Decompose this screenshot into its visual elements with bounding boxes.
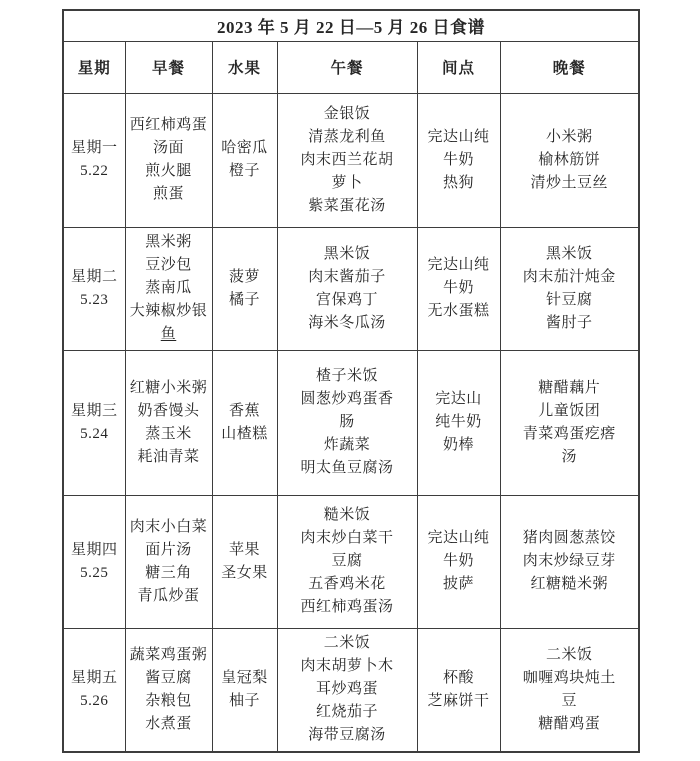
menu-line: 西红柿鸡蛋 xyxy=(127,114,211,137)
menu-line: 无水蛋糕 xyxy=(419,300,499,323)
menu-line: 完达山 xyxy=(419,388,499,411)
cell-snack: 完达山纯牛奶热狗 xyxy=(417,93,500,227)
cell-breakfast: 肉末小白菜面片汤糖三角青瓜炒蛋 xyxy=(125,495,212,628)
menu-line: 豆 xyxy=(502,690,638,713)
menu-line: 肉末炒绿豆芽 xyxy=(502,550,638,573)
menu-line: 柚子 xyxy=(214,690,276,713)
menu-line: 明太鱼豆腐汤 xyxy=(279,457,416,480)
cell-snack: 完达山纯牛奶奶棒 xyxy=(417,350,500,495)
menu-line: 热狗 xyxy=(419,172,499,195)
menu-line: 黑米粥 xyxy=(127,231,211,254)
menu-line: 大辣椒炒银 xyxy=(127,300,211,323)
menu-line: 5.25 xyxy=(65,562,124,585)
menu-line: 山楂糕 xyxy=(214,423,276,446)
cell-lunch: 楂子米饭圆葱炒鸡蛋香肠炸蔬菜明太鱼豆腐汤 xyxy=(277,350,417,495)
menu-line: 牛奶 xyxy=(419,277,499,300)
cell-day: 星期四5.25 xyxy=(63,495,125,628)
menu-line: 金银饭 xyxy=(279,103,416,126)
menu-line: 清蒸龙利鱼 xyxy=(279,126,416,149)
menu-line: 橘子 xyxy=(214,289,276,312)
menu-line: 肉末茄汁炖金 xyxy=(502,266,638,289)
column-header-snack: 间点 xyxy=(417,41,500,93)
menu-line: 海带豆腐汤 xyxy=(279,724,416,747)
menu-line: 青菜鸡蛋疙瘩 xyxy=(502,423,638,446)
menu-line: 5.26 xyxy=(65,690,124,713)
cell-fruit: 苹果圣女果 xyxy=(212,495,277,628)
cell-breakfast: 蔬菜鸡蛋粥酱豆腐杂粮包水煮蛋 xyxy=(125,628,212,752)
menu-line: 豆腐 xyxy=(279,550,416,573)
menu-line: 海米冬瓜汤 xyxy=(279,312,416,335)
menu-line: 红糖糙米粥 xyxy=(502,573,638,596)
menu-line: 糖醋藕片 xyxy=(502,377,638,400)
menu-line: 纯牛奶 xyxy=(419,411,499,434)
menu-line: 榆林筋饼 xyxy=(502,149,638,172)
menu-line: 菠萝 xyxy=(214,266,276,289)
column-header-lunch: 午餐 xyxy=(277,41,417,93)
menu-line: 紫菜蛋花汤 xyxy=(279,195,416,218)
menu-line: 皇冠梨 xyxy=(214,667,276,690)
menu-line: 面片汤 xyxy=(127,539,211,562)
menu-line: 星期四 xyxy=(65,539,124,562)
menu-line: 圆葱炒鸡蛋香 xyxy=(279,388,416,411)
menu-line: 黑米饭 xyxy=(279,243,416,266)
menu-line: 圣女果 xyxy=(214,562,276,585)
page-title: 2023 年 5 月 22 日—5 月 26 日食谱 xyxy=(63,10,639,41)
menu-page: 2023 年 5 月 22 日—5 月 26 日食谱 星期 早餐 水果 午餐 间… xyxy=(0,0,700,761)
cell-dinner: 黑米饭肉末茄汁炖金针豆腐酱肘子 xyxy=(500,227,639,350)
menu-line: 二米饭 xyxy=(502,644,638,667)
menu-line: 水煮蛋 xyxy=(127,713,211,736)
cell-snack: 完达山纯牛奶无水蛋糕 xyxy=(417,227,500,350)
menu-line: 五香鸡米花 xyxy=(279,573,416,596)
cell-breakfast: 红糖小米粥奶香馒头蒸玉米耗油青菜 xyxy=(125,350,212,495)
menu-line: 耗油青菜 xyxy=(127,446,211,469)
menu-line: 咖喱鸡块炖土 xyxy=(502,667,638,690)
menu-line: 糙米饭 xyxy=(279,504,416,527)
menu-line: 青瓜炒蛋 xyxy=(127,585,211,608)
menu-line: 汤面 xyxy=(127,137,211,160)
menu-line: 肉末胡萝卜木 xyxy=(279,655,416,678)
menu-table: 2023 年 5 月 22 日—5 月 26 日食谱 星期 早餐 水果 午餐 间… xyxy=(62,9,640,753)
menu-line: 杯酸 xyxy=(419,667,499,690)
menu-line: 牛奶 xyxy=(419,149,499,172)
menu-line: 橙子 xyxy=(214,160,276,183)
menu-line: 肉末小白菜 xyxy=(127,516,211,539)
menu-line: 蒸南瓜 xyxy=(127,277,211,300)
cell-day: 星期一5.22 xyxy=(63,93,125,227)
menu-line: 二米饭 xyxy=(279,632,416,655)
menu-line: 肉末西兰花胡 xyxy=(279,149,416,172)
menu-line: 蒸玉米 xyxy=(127,423,211,446)
menu-line: 针豆腐 xyxy=(502,289,638,312)
menu-row-4: 星期四5.25肉末小白菜面片汤糖三角青瓜炒蛋苹果圣女果糙米饭肉末炒白菜干豆腐五香… xyxy=(63,495,639,628)
menu-line: 芝麻饼干 xyxy=(419,690,499,713)
menu-row-5: 星期五5.26蔬菜鸡蛋粥酱豆腐杂粮包水煮蛋皇冠梨柚子二米饭肉末胡萝卜木耳炒鸡蛋红… xyxy=(63,628,639,752)
menu-line: 西红柿鸡蛋汤 xyxy=(279,596,416,619)
menu-row-2: 星期二5.23黑米粥豆沙包蒸南瓜大辣椒炒银鱼菠萝橘子黑米饭肉末酱茄子宫保鸡丁海米… xyxy=(63,227,639,350)
menu-line: 牛奶 xyxy=(419,550,499,573)
cell-snack: 杯酸芝麻饼干 xyxy=(417,628,500,752)
menu-line: 披萨 xyxy=(419,573,499,596)
menu-line: 清炒土豆丝 xyxy=(502,172,638,195)
menu-line: 红糖小米粥 xyxy=(127,377,211,400)
menu-line: 儿童饭团 xyxy=(502,400,638,423)
menu-line: 星期五 xyxy=(65,667,124,690)
column-header-breakfast: 早餐 xyxy=(125,41,212,93)
cell-fruit: 皇冠梨柚子 xyxy=(212,628,277,752)
menu-line: 星期二 xyxy=(65,266,124,289)
cell-breakfast: 黑米粥豆沙包蒸南瓜大辣椒炒银鱼 xyxy=(125,227,212,350)
menu-line: 煎火腿 xyxy=(127,160,211,183)
menu-line: 奶香馒头 xyxy=(127,400,211,423)
cell-day: 星期五5.26 xyxy=(63,628,125,752)
cell-lunch: 二米饭肉末胡萝卜木耳炒鸡蛋红烧茄子海带豆腐汤 xyxy=(277,628,417,752)
menu-line: 煎蛋 xyxy=(127,183,211,206)
menu-line: 完达山纯 xyxy=(419,254,499,277)
menu-line: 红烧茄子 xyxy=(279,701,416,724)
menu-line: 炸蔬菜 xyxy=(279,434,416,457)
menu-line: 杂粮包 xyxy=(127,690,211,713)
header-row: 星期 早餐 水果 午餐 间点 晚餐 xyxy=(63,41,639,93)
menu-line: 哈密瓜 xyxy=(214,137,276,160)
menu-line: 香蕉 xyxy=(214,400,276,423)
menu-line: 糖醋鸡蛋 xyxy=(502,713,638,736)
menu-line: 酱肘子 xyxy=(502,312,638,335)
column-header-fruit: 水果 xyxy=(212,41,277,93)
menu-line: 酱豆腐 xyxy=(127,667,211,690)
menu-line: 宫保鸡丁 xyxy=(279,289,416,312)
menu-line: 糖三角 xyxy=(127,562,211,585)
menu-line: 汤 xyxy=(502,446,638,469)
column-header-day: 星期 xyxy=(63,41,125,93)
cell-day: 星期二5.23 xyxy=(63,227,125,350)
menu-line: 小米粥 xyxy=(502,126,638,149)
column-header-dinner: 晚餐 xyxy=(500,41,639,93)
menu-line: 5.24 xyxy=(65,423,124,446)
menu-line: 肉末炒白菜干 xyxy=(279,527,416,550)
cell-snack: 完达山纯牛奶披萨 xyxy=(417,495,500,628)
cell-fruit: 菠萝橘子 xyxy=(212,227,277,350)
menu-line: 豆沙包 xyxy=(127,254,211,277)
menu-line: 完达山纯 xyxy=(419,126,499,149)
menu-line: 星期一 xyxy=(65,137,124,160)
cell-dinner: 小米粥榆林筋饼清炒土豆丝 xyxy=(500,93,639,227)
menu-line: 5.23 xyxy=(65,289,124,312)
cell-dinner: 糖醋藕片儿童饭团青菜鸡蛋疙瘩汤 xyxy=(500,350,639,495)
cell-dinner: 二米饭咖喱鸡块炖土豆糖醋鸡蛋 xyxy=(500,628,639,752)
cell-day: 星期三5.24 xyxy=(63,350,125,495)
menu-line: 肠 xyxy=(279,411,416,434)
cell-breakfast: 西红柿鸡蛋汤面煎火腿煎蛋 xyxy=(125,93,212,227)
cell-lunch: 黑米饭肉末酱茄子宫保鸡丁海米冬瓜汤 xyxy=(277,227,417,350)
menu-row-1: 星期一5.22西红柿鸡蛋汤面煎火腿煎蛋哈密瓜橙子金银饭清蒸龙利鱼肉末西兰花胡萝卜… xyxy=(63,93,639,227)
cell-dinner: 猪肉圆葱蒸饺肉末炒绿豆芽红糖糙米粥 xyxy=(500,495,639,628)
cell-fruit: 香蕉山楂糕 xyxy=(212,350,277,495)
cell-fruit: 哈密瓜橙子 xyxy=(212,93,277,227)
menu-line: 耳炒鸡蛋 xyxy=(279,678,416,701)
menu-row-3: 星期三5.24红糖小米粥奶香馒头蒸玉米耗油青菜香蕉山楂糕楂子米饭圆葱炒鸡蛋香肠炸… xyxy=(63,350,639,495)
menu-line: 苹果 xyxy=(214,539,276,562)
title-row: 2023 年 5 月 22 日—5 月 26 日食谱 xyxy=(63,10,639,41)
menu-line: 完达山纯 xyxy=(419,527,499,550)
menu-line: 5.22 xyxy=(65,160,124,183)
menu-line: 猪肉圆葱蒸饺 xyxy=(502,527,638,550)
menu-line: 蔬菜鸡蛋粥 xyxy=(127,644,211,667)
menu-line: 肉末酱茄子 xyxy=(279,266,416,289)
menu-line: 萝卜 xyxy=(279,172,416,195)
menu-line: 星期三 xyxy=(65,400,124,423)
menu-line: 鱼 xyxy=(127,323,211,346)
menu-line: 楂子米饭 xyxy=(279,365,416,388)
menu-line: 奶棒 xyxy=(419,434,499,457)
menu-line: 黑米饭 xyxy=(502,243,638,266)
cell-lunch: 金银饭清蒸龙利鱼肉末西兰花胡萝卜紫菜蛋花汤 xyxy=(277,93,417,227)
cell-lunch: 糙米饭肉末炒白菜干豆腐五香鸡米花西红柿鸡蛋汤 xyxy=(277,495,417,628)
menu-body: 星期一5.22西红柿鸡蛋汤面煎火腿煎蛋哈密瓜橙子金银饭清蒸龙利鱼肉末西兰花胡萝卜… xyxy=(63,93,639,752)
